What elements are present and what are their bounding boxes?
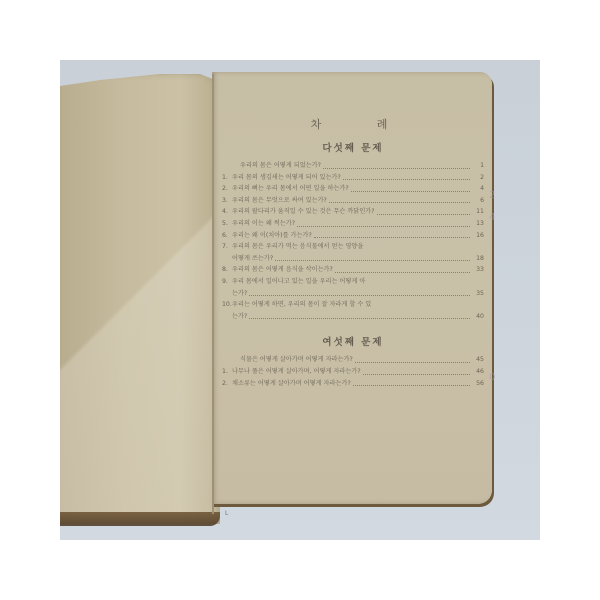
table-of-contents: 차 례 다섯째 문제우리의 몸은 어떻게 되었는가?11.우리 몸의 생김새는 … bbox=[222, 116, 484, 389]
entry-number: 4. bbox=[222, 206, 232, 218]
page-number: 35 bbox=[472, 288, 484, 300]
entry-title: 채소류는 어떻게 살아가며 어떻게 자라는가? bbox=[232, 378, 351, 390]
entry-title: 나무나 풀은 어떻게 살아가며, 어떻게 자라는가? bbox=[232, 366, 361, 378]
book-photo: 차 례 다섯째 문제우리의 몸은 어떻게 되었는가?11.우리 몸의 생김새는 … bbox=[60, 60, 540, 540]
entry-title: 우리 몸에서 일어나고 있는 일을 우리는 어떻게 아 bbox=[232, 276, 365, 288]
toc-entry: 는가?35 bbox=[222, 288, 484, 300]
dot-leader bbox=[351, 191, 470, 192]
dot-leader bbox=[249, 295, 470, 296]
entry-title: 우리의 뼈는 우리 몸에서 어떤 일을 하는가? bbox=[232, 183, 349, 195]
toc-entry: 3.우리의 몸은 무엇으로 싸여 있는가?6 bbox=[222, 195, 484, 207]
page-number: 4 bbox=[472, 183, 484, 195]
entry-title: 어떻게 쓰는가? bbox=[232, 253, 273, 265]
section-heading: 여섯째 문제 bbox=[222, 334, 484, 348]
entry-number: 2. bbox=[222, 183, 232, 195]
entry-number: 5. bbox=[222, 218, 232, 230]
page-number: 46 bbox=[472, 366, 484, 378]
page-number: 1 bbox=[472, 160, 484, 172]
pencil-mark: 0 bbox=[489, 372, 495, 383]
dot-leader bbox=[314, 237, 470, 238]
left-page-edge bbox=[60, 512, 220, 526]
entry-number: 2. bbox=[222, 378, 232, 390]
entry-title: 는가? bbox=[232, 311, 247, 323]
dot-leader bbox=[353, 385, 470, 386]
page-number: 2 bbox=[472, 172, 484, 184]
entry-number: 7. bbox=[222, 241, 232, 253]
toc-entry: 4.우리의 팔다리가 움직일 수 있는 것은 무슨 까닭인가?11 bbox=[222, 206, 484, 218]
toc-entry: 5.우리의 이는 왜 썩는가?13 bbox=[222, 218, 484, 230]
dot-leader bbox=[329, 202, 470, 203]
toc-entry: 는가?40 bbox=[222, 311, 484, 323]
toc-page: 차 례 다섯째 문제우리의 몸은 어떻게 되었는가?11.우리 몸의 생김새는 … bbox=[212, 72, 492, 504]
toc-entry: 1.우리 몸의 생김새는 어떻게 되어 있는가?2 bbox=[222, 172, 484, 184]
dot-leader bbox=[355, 362, 470, 363]
entry-number: 3. bbox=[222, 195, 232, 207]
dot-leader bbox=[377, 214, 470, 215]
entry-title: 는가? bbox=[232, 288, 247, 300]
entry-title: 우리의 몸은 우리가 먹는 음식물에서 얻는 영양을 bbox=[232, 241, 363, 253]
toc-entry: 8.우리의 몸은 어떻게 음식을 삭이는가?33 bbox=[222, 264, 484, 276]
entry-number: 9. bbox=[222, 276, 232, 288]
pencil-mark: 4 bbox=[489, 212, 495, 223]
dot-leader bbox=[249, 318, 470, 319]
entry-title: 우리 몸의 생김새는 어떻게 되어 있는가? bbox=[232, 172, 341, 184]
dot-leader bbox=[275, 260, 470, 261]
entry-number: 1. bbox=[222, 366, 232, 378]
entry-title: 우리의 이는 왜 썩는가? bbox=[232, 218, 295, 230]
book-spine bbox=[212, 74, 214, 514]
page-number: 45 bbox=[472, 354, 484, 366]
dot-leader bbox=[297, 226, 470, 227]
page-number: 13 bbox=[472, 218, 484, 230]
page-number: 56 bbox=[472, 378, 484, 390]
entry-title: 우리의 팔다리가 움직일 수 있는 것은 무슨 까닭인가? bbox=[232, 206, 375, 218]
toc-entry: 2.우리의 뼈는 우리 몸에서 어떤 일을 하는가?4 bbox=[222, 183, 484, 195]
stray-mark: L bbox=[225, 510, 228, 517]
entry-number: 10. bbox=[222, 299, 232, 311]
page-number: 11 bbox=[472, 206, 484, 218]
dot-leader bbox=[335, 272, 470, 273]
page-number: 6 bbox=[472, 195, 484, 207]
page-fold-crease bbox=[60, 74, 220, 524]
toc-entry: 어떻게 쓰는가?18 bbox=[222, 253, 484, 265]
entry-number: 6. bbox=[222, 230, 232, 242]
page-number: 40 bbox=[472, 311, 484, 323]
page-number: 16 bbox=[472, 230, 484, 242]
toc-entry: 우리의 몸은 어떻게 되었는가?1 bbox=[222, 160, 484, 172]
page-number: 33 bbox=[472, 264, 484, 276]
toc-entry: 9.우리 몸에서 일어나고 있는 일을 우리는 어떻게 아 bbox=[222, 276, 484, 288]
dot-leader bbox=[343, 179, 470, 180]
entry-title: 우리의 몸은 어떻게 되었는가? bbox=[240, 160, 321, 172]
section-heading: 다섯째 문제 bbox=[222, 140, 484, 154]
toc-entry: 7.우리의 몸은 우리가 먹는 음식물에서 얻는 영양을 bbox=[222, 241, 484, 253]
toc-entry: 식물은 어떻게 살아가며 어떻게 자라는가?45 bbox=[222, 354, 484, 366]
toc-entry: 2.채소류는 어떻게 살아가며 어떻게 자라는가?56 bbox=[222, 378, 484, 390]
entry-number: 1. bbox=[222, 172, 232, 184]
toc-title: 차 례 bbox=[240, 116, 484, 132]
entry-title: 식물은 어떻게 살아가며 어떻게 자라는가? bbox=[240, 354, 353, 366]
left-page bbox=[60, 74, 220, 524]
entry-title: 우리의 몸은 어떻게 음식을 삭이는가? bbox=[232, 264, 333, 276]
toc-entry: 10.우리는 어떻게 하면, 우리의 몸이 잘 자라게 할 수 있 bbox=[222, 299, 484, 311]
dot-leader bbox=[363, 374, 470, 375]
pencil-mark: 2 bbox=[489, 190, 495, 201]
page-number: 18 bbox=[472, 253, 484, 265]
toc-entry: 6.우리는 왜 이(치아)를 가는가?16 bbox=[222, 230, 484, 242]
entry-number: 8. bbox=[222, 264, 232, 276]
dot-leader bbox=[323, 168, 470, 169]
entry-title: 우리의 몸은 무엇으로 싸여 있는가? bbox=[232, 195, 327, 207]
entry-title: 우리는 어떻게 하면, 우리의 몸이 잘 자라게 할 수 있 bbox=[232, 299, 371, 311]
toc-entry: 1.나무나 풀은 어떻게 살아가며, 어떻게 자라는가?46 bbox=[222, 366, 484, 378]
entry-title: 우리는 왜 이(치아)를 가는가? bbox=[232, 230, 312, 242]
